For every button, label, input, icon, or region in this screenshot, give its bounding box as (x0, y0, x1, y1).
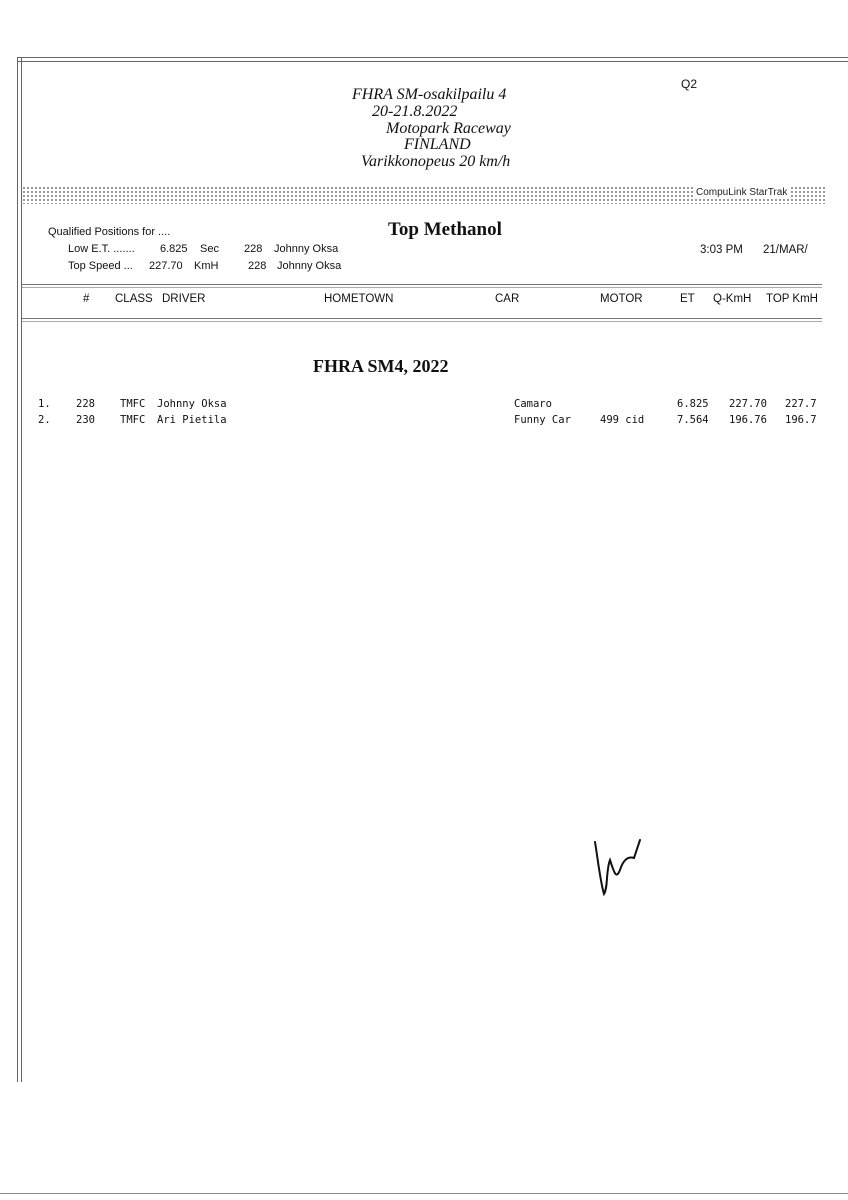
car-number: 230 (76, 414, 95, 426)
header-rule-top (22, 284, 822, 288)
col-top-kmh: TOP KmH (766, 293, 818, 305)
low-et-number: 228 (244, 243, 262, 255)
position: 1. (38, 398, 51, 410)
top-kmh: 196.7 (785, 414, 817, 426)
low-et-driver: Johnny Oksa (274, 243, 338, 255)
class: TMFC (120, 414, 145, 426)
col-number: # (83, 293, 89, 305)
q-kmh: 227.70 (729, 398, 767, 410)
report-time: 3:03 PM (700, 244, 743, 256)
bottom-rule (0, 1193, 848, 1194)
class: TMFC (120, 398, 145, 410)
car: Funny Car (514, 414, 571, 426)
event-name: FHRA SM-osakilpailu 4 (352, 86, 506, 103)
driver: Ari Pietila (157, 414, 227, 426)
top-speed-unit: KmH (194, 260, 218, 272)
col-hometown: HOMETOWN (324, 293, 393, 305)
top-kmh: 227.7 (785, 398, 817, 410)
top-speed-number: 228 (248, 260, 266, 272)
page-border-left (17, 57, 22, 1082)
event-pit-speed: Varikkonopeus 20 km/h (357, 153, 510, 170)
event-dates: 20-21.8.2022 (364, 103, 457, 120)
top-speed-driver: Johnny Oksa (277, 260, 341, 272)
et: 7.564 (677, 414, 709, 426)
event-venue: Motopark Raceway (366, 120, 511, 137)
motor: 499 cid (600, 414, 644, 426)
driver: Johnny Oksa (157, 398, 227, 410)
col-class: CLASS (115, 293, 153, 305)
col-car: CAR (495, 293, 519, 305)
corner-label: Q2 (681, 77, 697, 91)
top-speed-value: 227.70 (149, 260, 183, 272)
low-et-label: Low E.T. ....... (68, 243, 135, 255)
branding: CompuLink StarTrak (694, 187, 789, 198)
col-q-kmh: Q-KmH (713, 293, 751, 305)
low-et-value: 6.825 (160, 243, 188, 255)
car: Camaro (514, 398, 552, 410)
q-kmh: 196.76 (729, 414, 767, 426)
report-date: 21/MAR/ (763, 244, 808, 256)
signature-icon (590, 830, 650, 900)
col-motor: MOTOR (600, 293, 643, 305)
col-driver: DRIVER (162, 293, 205, 305)
page-border-top (17, 57, 848, 62)
car-number: 228 (76, 398, 95, 410)
top-speed-label: Top Speed ... (68, 260, 133, 272)
position: 2. (38, 414, 51, 426)
header-rule-bottom (22, 318, 822, 322)
et: 6.825 (677, 398, 709, 410)
col-et: ET (680, 293, 695, 305)
section-title: FHRA SM4, 2022 (313, 356, 449, 377)
low-et-unit: Sec (200, 243, 219, 255)
qualified-label: Qualified Positions for .... (48, 226, 170, 238)
category-title: Top Methanol (388, 219, 502, 241)
event-country: FINLAND (360, 136, 471, 153)
